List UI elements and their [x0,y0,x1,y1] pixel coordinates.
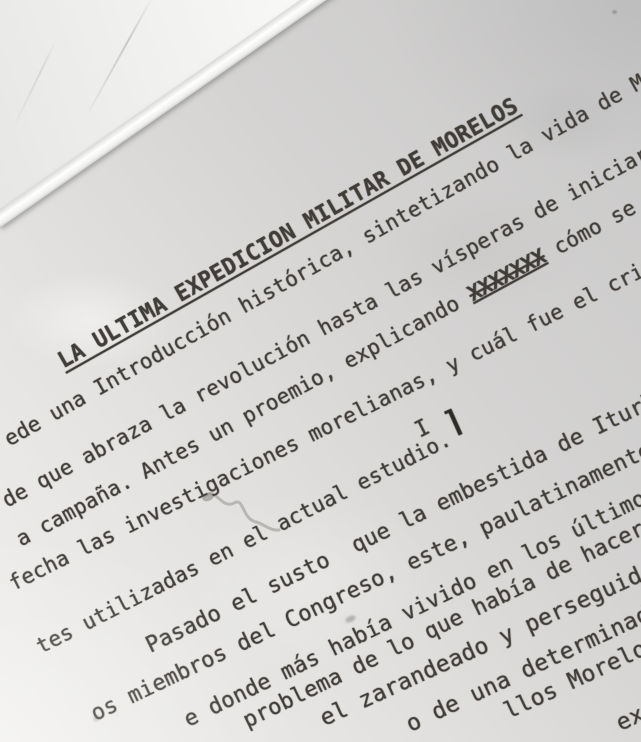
sheet-crease [14,38,57,124]
photo-of-typescript-page: LA ULTIMA EXPEDICION MILITAR DE MORELOS … [0,0,641,742]
background-sheet-corner [0,0,340,240]
ink-blot [344,614,357,624]
paper-speck [612,10,617,14]
sheet-crease [88,0,154,112]
typewritten-line-13: ex [612,701,641,736]
